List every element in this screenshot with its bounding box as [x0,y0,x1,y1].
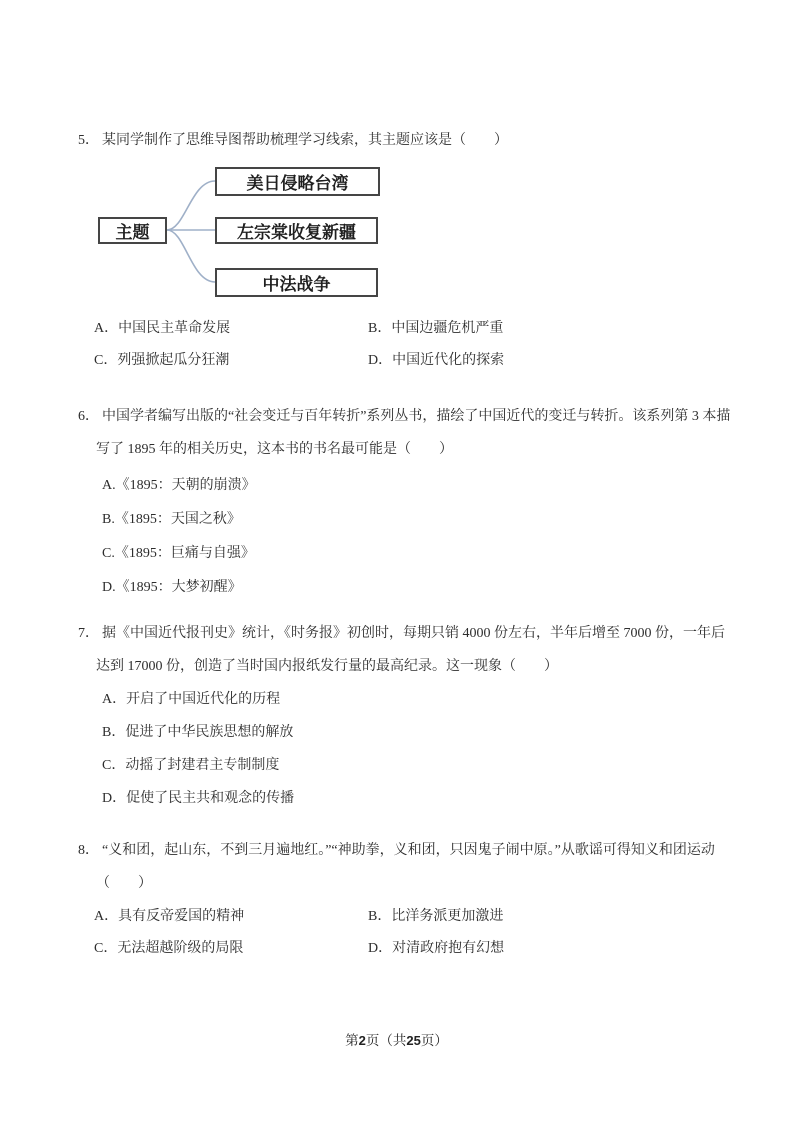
question-7-options: A．开启了中国近代化的历程 B．促进了中华民族思想的解放 C．动摇了封建君主专制… [102,691,738,808]
question-6-option-d: D.《1895：大梦初醒》 [102,579,738,597]
question-5-stem: 5．某同学制作了思维导图帮助梳理学习线索，其主题应该是（ ） [78,132,738,150]
mindmap-branch-3-box: 中法战争 [215,268,378,297]
exam-page: 5．某同学制作了思维导图帮助梳理学习线索，其主题应该是（ ） 主题 美日侵略台湾… [0,0,793,1122]
question-7-option-a: A．开启了中国近代化的历程 [102,691,738,709]
question-5-option-c: C．列强掀起瓜分狂潮 [94,352,368,370]
question-7-number: 7． [78,626,99,641]
question-5: 5．某同学制作了思维导图帮助梳理学习线索，其主题应该是（ ） 主题 美日侵略台湾… [78,132,738,370]
question-5-stem-text: 某同学制作了思维导图帮助梳理学习线索，其主题应该是（ ） [102,133,508,148]
mindmap-branch-2-box: 左宗棠收复新疆 [215,217,378,244]
question-8-option-b: B．比洋务派更加激进 [368,908,738,926]
footer-suffix: 页） [421,1033,448,1048]
question-7-stem-line-1: 7．据《中国近代报刊史》统计，《时务报》初创时，每期只销 4000 份左右，半年… [78,625,738,643]
question-6-options: A.《1895：天朝的崩溃》 B.《1895：天国之秋》 C.《1895：巨痛与… [102,477,738,597]
question-8-options: A．具有反帝爱国的精神 B．比洋务派更加激进 C．无法超越阶级的局限 D．对清政… [94,908,738,958]
question-6-option-a: A.《1895：天朝的崩溃》 [102,477,738,495]
page-footer: 第2页（共25页） [0,1032,793,1050]
question-7-stem-line-2: 达到 17000 份，创造了当时国内报纸发行量的最高纪录。这一现象（ ） [96,658,738,676]
footer-mid: 页（共 [366,1033,407,1048]
question-6-option-b: B.《1895：天国之秋》 [102,511,738,529]
question-6: 6．中国学者编写出版的“社会变迁与百年转折”系列丛书，描绘了中国近代的变迁与转折… [78,408,738,597]
question-8-stem-line-1: 8．“义和团，起山东，不到三月遍地红。”“神助拳，义和团，只因鬼子闹中原。”从歌… [78,842,738,860]
mindmap-root-box: 主题 [98,217,167,244]
question-8-number: 8． [78,843,99,858]
footer-prefix: 第 [345,1033,359,1048]
question-7-option-c: C．动摇了封建君主专制制度 [102,757,738,775]
question-5-option-a: A．中国民主革命发展 [94,320,368,338]
question-5-number: 5． [78,133,99,148]
question-6-stem-line-2: 写了 1895 年的相关历史，这本书的书名最可能是（ ） [96,441,738,459]
footer-page-number: 2 [359,1033,366,1048]
question-7-option-d: D．促使了民主共和观念的传播 [102,790,738,808]
question-5-options: A．中国民主革命发展 B．中国边疆危机严重 C．列强掀起瓜分狂潮 D．中国近代化… [94,320,738,370]
question-8: 8．“义和团，起山东，不到三月遍地红。”“神助拳，义和团，只因鬼子闹中原。”从歌… [78,842,738,958]
question-8-option-d: D．对清政府抱有幻想 [368,940,738,958]
question-6-stem-line-1: 6．中国学者编写出版的“社会变迁与百年转折”系列丛书，描绘了中国近代的变迁与转折… [78,408,738,426]
question-8-option-c: C．无法超越阶级的局限 [94,940,368,958]
footer-total-pages: 25 [406,1033,420,1048]
mindmap-diagram: 主题 美日侵略台湾 左宗棠收复新疆 中法战争 [78,160,508,306]
mindmap-connector-lines [167,170,215,290]
question-8-stem-line-2: （ ） [96,875,738,893]
question-7: 7．据《中国近代报刊史》统计，《时务报》初创时，每期只销 4000 份左右，半年… [78,625,738,808]
question-8-option-a: A．具有反帝爱国的精神 [94,908,368,926]
question-6-number: 6． [78,409,99,424]
mindmap-branch-1-box: 美日侵略台湾 [215,167,380,196]
question-7-option-b: B．促进了中华民族思想的解放 [102,724,738,742]
question-5-option-b: B．中国边疆危机严重 [368,320,738,338]
question-5-option-d: D．中国近代化的探索 [368,352,738,370]
question-6-option-c: C.《1895：巨痛与自强》 [102,545,738,563]
